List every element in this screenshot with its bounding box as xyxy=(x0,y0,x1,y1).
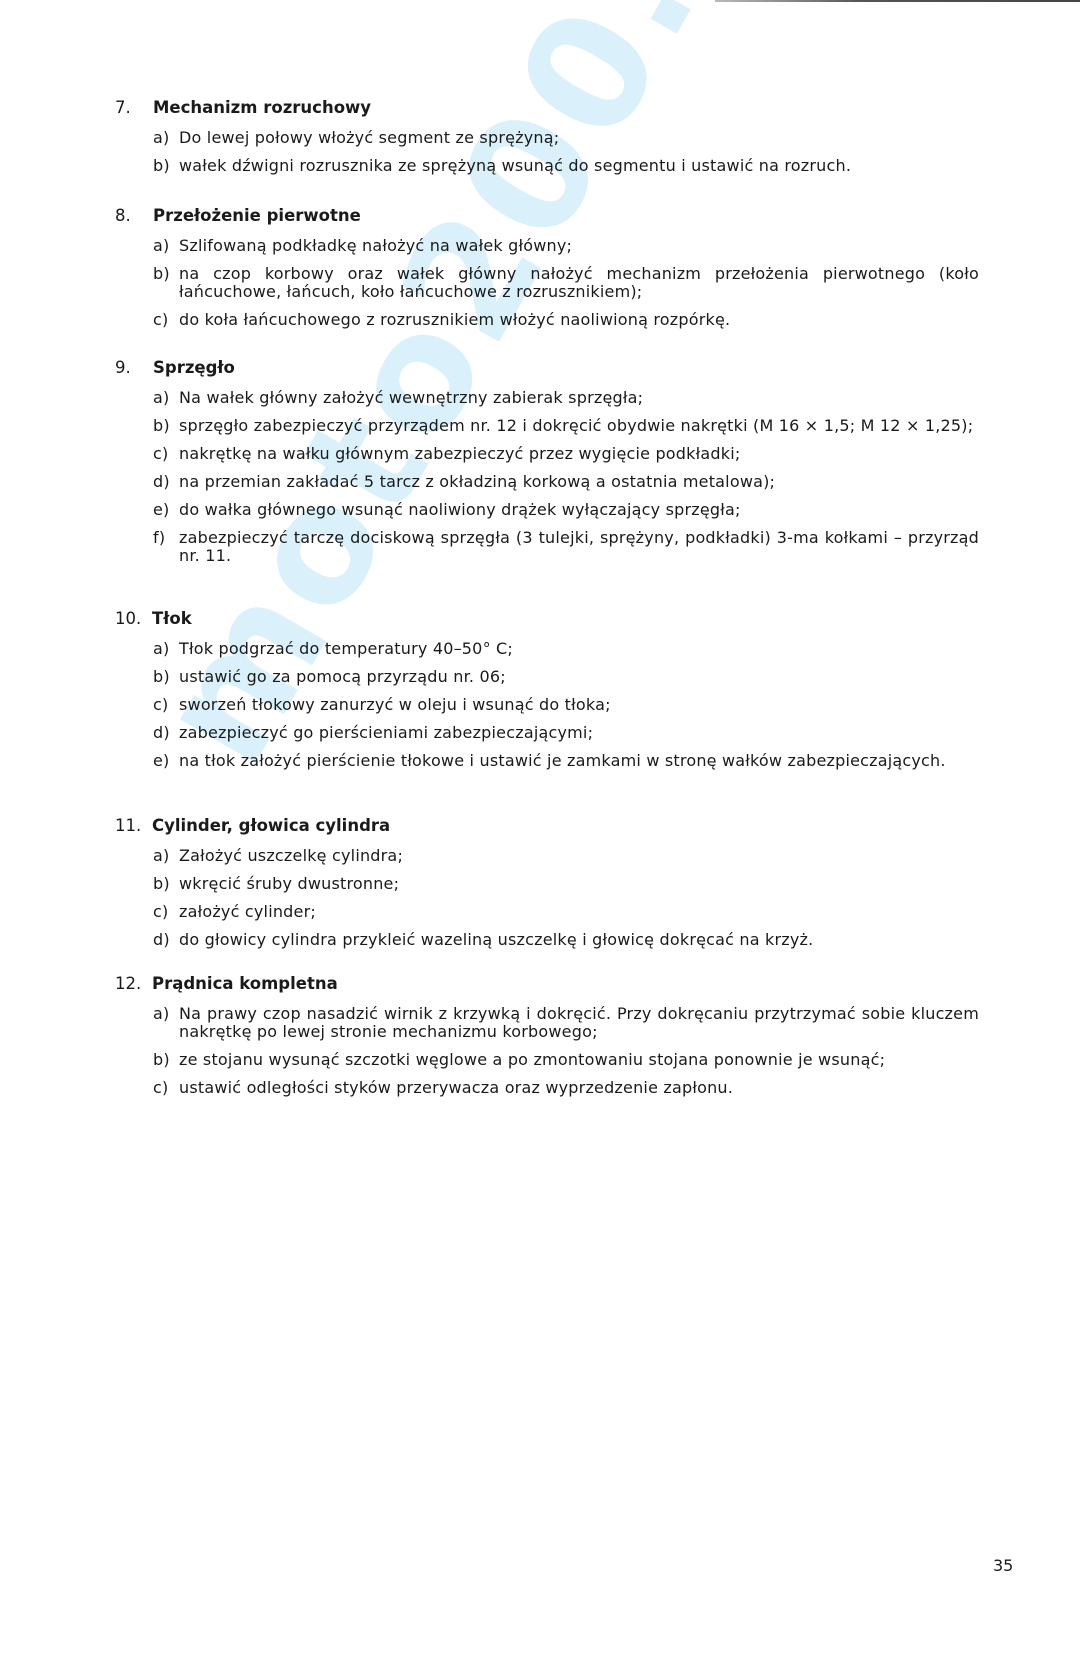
item-label: b) xyxy=(153,1051,170,1069)
item-label: b) xyxy=(153,875,170,893)
item-label: e) xyxy=(153,752,170,770)
item-text: Szlifowaną podkładkę nałożyć na wałek gł… xyxy=(179,237,979,255)
section-8: 8.Przełożenie pierwotne a)Szlifowaną pod… xyxy=(115,205,1015,329)
item-label: a) xyxy=(153,640,169,658)
item-text: ze stojanu wysunąć szczotki węglowe a po… xyxy=(179,1051,979,1069)
item-label: c) xyxy=(153,696,168,714)
section-heading: 11.Cylinder, głowica cylindra xyxy=(115,815,1015,837)
item-label: c) xyxy=(153,445,168,463)
item-text: sworzeń tłokowy zanurzyć w oleju i wsuną… xyxy=(179,696,979,714)
list-item: e)na tłok założyć pierścienie tłokowe i … xyxy=(153,752,1015,770)
item-text: Na wałek główny założyć wewnętrzny zabie… xyxy=(179,389,979,407)
item-text: nakrętkę na wałku głównym zabezpieczyć p… xyxy=(179,445,979,463)
item-text: założyć cylinder; xyxy=(179,903,979,921)
list-item: d)na przemian zakładać 5 tarcz z okładzi… xyxy=(153,473,1015,491)
item-label: c) xyxy=(153,311,168,329)
item-label: b) xyxy=(153,157,170,175)
section-heading: 8.Przełożenie pierwotne xyxy=(115,205,1015,227)
item-label: b) xyxy=(153,668,170,686)
item-text: ustawić odległości styków przerywacza or… xyxy=(179,1079,979,1097)
section-9: 9.Sprzęgło a)Na wałek główny założyć wew… xyxy=(115,357,1015,565)
section-title: Sprzęgło xyxy=(153,358,235,377)
section-title: Cylinder, głowica cylindra xyxy=(152,816,390,835)
item-text: wkręcić śruby dwustronne; xyxy=(179,875,979,893)
list-item: c)nakrętkę na wałku głównym zabezpieczyć… xyxy=(153,445,1015,463)
section-10: 10.Tłok a)Tłok podgrzać do temperatury 4… xyxy=(115,608,1015,770)
section-heading: 10.Tłok xyxy=(115,608,1015,630)
section-number: 7. xyxy=(115,97,153,119)
list-item: b)ze stojanu wysunąć szczotki węglowe a … xyxy=(153,1051,1015,1069)
item-label: b) xyxy=(153,265,170,283)
item-text: Na prawy czop nasadzić wirnik z krzywką … xyxy=(179,1005,979,1041)
section-heading: 12.Prądnica kompletna xyxy=(115,973,1015,995)
list-item: a)Szlifowaną podkładkę nałożyć na wałek … xyxy=(153,237,1015,255)
item-text: na przemian zakładać 5 tarcz z okładziną… xyxy=(179,473,979,491)
item-text: zabezpieczyć go pierścieniami zabezpiecz… xyxy=(179,724,979,742)
list-item: d)do głowicy cylindra przykleić wazeliną… xyxy=(153,931,1015,949)
item-label: c) xyxy=(153,1079,168,1097)
page-number: 35 xyxy=(993,1556,1013,1575)
section-heading: 7.Mechanizm rozruchowy xyxy=(115,97,1015,119)
item-label: c) xyxy=(153,903,168,921)
section-title: Przełożenie pierwotne xyxy=(153,206,361,225)
section-number: 9. xyxy=(115,357,153,379)
section-title: Mechanizm rozruchowy xyxy=(153,98,371,117)
item-text: wałek dźwigni rozrusznika ze sprężyną ws… xyxy=(179,157,979,175)
item-text: do głowicy cylindra przykleić wazeliną u… xyxy=(179,931,979,949)
list-item: f)zabezpieczyć tarczę dociskową sprzęgła… xyxy=(153,529,1015,565)
item-text: ustawić go za pomocą przyrządu nr. 06; xyxy=(179,668,979,686)
list-item: b)na czop korbowy oraz wałek główny nało… xyxy=(153,265,1015,301)
item-text: na czop korbowy oraz wałek główny nałoży… xyxy=(179,265,979,301)
section-12: 12.Prądnica kompletna a)Na prawy czop na… xyxy=(115,973,1015,1097)
section-number: 10. xyxy=(115,608,152,630)
list-item: c)ustawić odległości styków przerywacza … xyxy=(153,1079,1015,1097)
section-heading: 9.Sprzęgło xyxy=(115,357,1015,379)
list-item: b)wkręcić śruby dwustronne; xyxy=(153,875,1015,893)
list-item: b)wałek dźwigni rozrusznika ze sprężyną … xyxy=(153,157,1015,175)
item-text: do wałka głównego wsunąć naoliwiony drąż… xyxy=(179,501,979,519)
list-item: a)Na prawy czop nasadzić wirnik z krzywk… xyxy=(153,1005,1015,1041)
item-label: a) xyxy=(153,129,169,147)
scan-edge-line xyxy=(715,0,1080,2)
section-number: 12. xyxy=(115,973,152,995)
list-item: a)Założyć uszczelkę cylindra; xyxy=(153,847,1015,865)
section-number: 11. xyxy=(115,815,152,837)
item-text: Do lewej połowy włożyć segment ze spręży… xyxy=(179,129,979,147)
item-label: d) xyxy=(153,931,170,949)
item-label: f) xyxy=(153,529,165,547)
section-number: 8. xyxy=(115,205,153,227)
section-11: 11.Cylinder, głowica cylindra a)Założyć … xyxy=(115,815,1015,949)
item-label: a) xyxy=(153,847,169,865)
list-item: d)zabezpieczyć go pierścieniami zabezpie… xyxy=(153,724,1015,742)
item-label: a) xyxy=(153,1005,169,1023)
list-item: e)do wałka głównego wsunąć naoliwiony dr… xyxy=(153,501,1015,519)
list-item: a)Na wałek główny założyć wewnętrzny zab… xyxy=(153,389,1015,407)
item-label: d) xyxy=(153,473,170,491)
list-item: b)ustawić go za pomocą przyrządu nr. 06; xyxy=(153,668,1015,686)
section-title: Prądnica kompletna xyxy=(152,974,338,993)
list-item: a)Do lewej połowy włożyć segment ze sprę… xyxy=(153,129,1015,147)
list-item: a)Tłok podgrzać do temperatury 40–50° C; xyxy=(153,640,1015,658)
item-text: do koła łańcuchowego z rozrusznikiem wło… xyxy=(179,311,979,329)
list-item: c)sworzeń tłokowy zanurzyć w oleju i wsu… xyxy=(153,696,1015,714)
list-item: c)założyć cylinder; xyxy=(153,903,1015,921)
item-text: Tłok podgrzać do temperatury 40–50° C; xyxy=(179,640,979,658)
item-label: d) xyxy=(153,724,170,742)
item-label: a) xyxy=(153,389,169,407)
section-title: Tłok xyxy=(152,609,192,628)
list-item: b)sprzęgło zabezpieczyć przyrządem nr. 1… xyxy=(153,417,1015,435)
item-text: sprzęgło zabezpieczyć przyrządem nr. 12 … xyxy=(179,417,979,435)
section-7: 7.Mechanizm rozruchowy a)Do lewej połowy… xyxy=(115,97,1015,175)
item-text: Założyć uszczelkę cylindra; xyxy=(179,847,979,865)
list-item: c)do koła łańcuchowego z rozrusznikiem w… xyxy=(153,311,1015,329)
item-label: b) xyxy=(153,417,170,435)
item-label: a) xyxy=(153,237,169,255)
item-text: zabezpieczyć tarczę dociskową sprzęgła (… xyxy=(179,529,979,565)
item-text: na tłok założyć pierścienie tłokowe i us… xyxy=(179,752,979,770)
item-label: e) xyxy=(153,501,170,519)
